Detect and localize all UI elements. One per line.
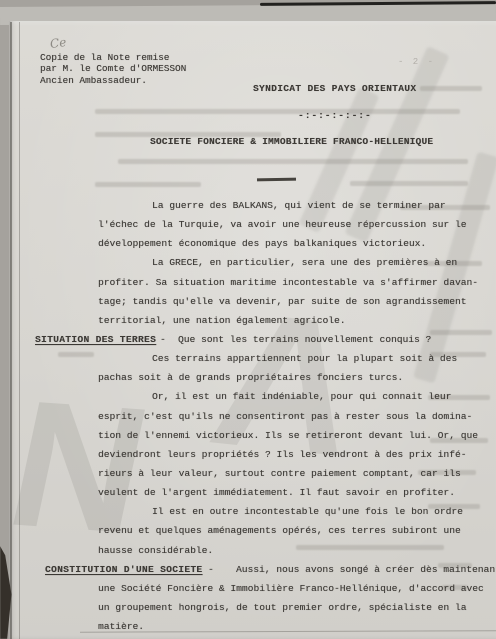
bleedthrough-smudge bbox=[118, 159, 468, 164]
ghost-page-number: - 2 - bbox=[398, 57, 435, 67]
text-line: deviendront leurs propriétés ? Ils les v… bbox=[0, 445, 496, 464]
text-line: profiter. Sa situation maritime incontes… bbox=[0, 273, 496, 292]
text-line: matière. bbox=[0, 617, 496, 636]
section-heading-line: SITUATION DES TERRES-Que sont les terrai… bbox=[0, 330, 496, 349]
text-line: esprit, c'est qu'ils ne consentiront pas… bbox=[0, 407, 496, 426]
text-line: Il est en outre incontestable qu'une foi… bbox=[0, 502, 496, 521]
text-line: développement économique des pays balkan… bbox=[0, 234, 496, 253]
text-line: tion de l'ennemi victorieux. Ils se reti… bbox=[0, 426, 496, 445]
organization-title: SYNDICAT DES PAYS ORIENTAUX bbox=[253, 83, 416, 94]
header-divider: -:-:-:-:-:- bbox=[298, 110, 372, 121]
text-line: pachas soit à de grands propriétaires fo… bbox=[0, 368, 496, 387]
document-body: La guerre des BALKANS, qui vient de se t… bbox=[0, 196, 496, 636]
text-line: une Société Foncière & Immobilière Franc… bbox=[0, 579, 496, 598]
sender-note: Copie de la Note remise par M. le Comte … bbox=[40, 52, 186, 86]
text-line: veulent de l'argent immédiatement. Il fa… bbox=[0, 483, 496, 502]
section-heading: CONSTITUTION D'UNE SOCIETE bbox=[45, 560, 203, 579]
bleedthrough-smudge bbox=[420, 86, 482, 91]
text-line: Ces terrains appartiennent pour la plupa… bbox=[0, 349, 496, 368]
text-line: hausse considérable. bbox=[0, 541, 496, 560]
pencil-annotation: Ce bbox=[49, 35, 67, 51]
text-line: La GRECE, en particulier, sera une des p… bbox=[0, 253, 496, 272]
heading-dash: - bbox=[208, 560, 214, 579]
note-line: par M. le Comte d'ORMESSON bbox=[40, 63, 186, 74]
bleedthrough-smudge bbox=[95, 109, 460, 114]
heading-rest-text: Aussi, nous avons songé à créer dès main… bbox=[236, 560, 496, 579]
bleedthrough-smudge bbox=[350, 181, 468, 186]
text-line: territorial, une nation également agrico… bbox=[0, 311, 496, 330]
section-heading: SITUATION DES TERRES bbox=[35, 330, 156, 349]
note-line: Copie de la Note remise bbox=[40, 52, 169, 63]
text-line: La guerre des BALKANS, qui vient de se t… bbox=[0, 196, 496, 215]
note-line: Ancien Ambassadeur. bbox=[40, 75, 147, 86]
text-line: rieurs à leur valeur, surtout contre pai… bbox=[0, 464, 496, 483]
text-line: tage; tandis qu'elle va devenir, par sui… bbox=[0, 292, 496, 311]
text-line: Or, il est un fait indéniable, pour qui … bbox=[0, 387, 496, 406]
text-line: l'échec de la Turquie, va avoir une heur… bbox=[0, 215, 496, 234]
text-line: un groupement hongrois, de tout premier … bbox=[0, 598, 496, 617]
scanned-document: N A Ce - 2 - Copie de la Note remise par… bbox=[0, 0, 496, 639]
document-title: SOCIETE FONCIERE & IMMOBILIERE FRANCO-HE… bbox=[150, 136, 433, 147]
heading-rest-text: Que sont les terrains nouvellement conqu… bbox=[178, 330, 431, 349]
text-line: revenu et quelques aménagements opérés, … bbox=[0, 521, 496, 540]
section-heading-line: CONSTITUTION D'UNE SOCIETE-Aussi, nous a… bbox=[0, 560, 496, 579]
bleedthrough-smudge bbox=[95, 182, 201, 187]
heading-dash: - bbox=[160, 330, 166, 349]
